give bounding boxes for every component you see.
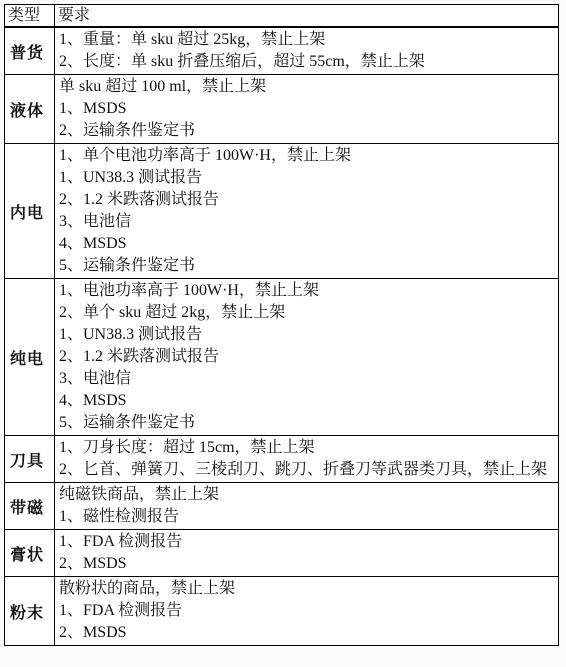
requirements-cell: 1、重量：单 sku 超过 25kg，禁止上架2、长度：单 sku 折叠压缩后，… [55, 27, 559, 75]
requirements-cell: 1、单个电池功率高于 100W·H，禁止上架1、UN38.3 测试报告2、1.2… [55, 144, 559, 279]
requirements-cell: 纯磁铁商品，禁止上架1、磁性检测报告 [55, 483, 559, 530]
type-cell: 纯电 [5, 279, 55, 436]
table-row: 纯电1、电池功率高于 100W·H，禁止上架2、单个 sku 超过 2kg，禁止… [5, 279, 559, 436]
requirement-line: 1、MSDS [59, 98, 554, 120]
requirement-line: 1、FDA 检测报告 [59, 600, 554, 622]
requirement-line: 散粉状的商品，禁止上架 [59, 578, 554, 600]
table-row: 粉末散粉状的商品，禁止上架1、FDA 检测报告2、MSDS [5, 577, 559, 646]
table-row: 膏状1、FDA 检测报告2、MSDS [5, 530, 559, 577]
requirement-line: 2、1.2 米跌落测试报告 [59, 189, 554, 211]
requirement-line: 单 sku 超过 100 ml，禁止上架 [59, 76, 554, 98]
requirement-line: 3、电池信 [59, 211, 554, 233]
requirements-cell: 1、FDA 检测报告2、MSDS [55, 530, 559, 577]
requirement-line: 2、长度：单 sku 折叠压缩后，超过 55cm，禁止上架 [59, 51, 554, 73]
type-cell: 内电 [5, 144, 55, 279]
requirement-line: 2、1.2 米跌落测试报告 [59, 346, 554, 368]
document-page: 类型 要求 普货1、重量：单 sku 超过 25kg，禁止上架2、长度：单 sk… [0, 0, 566, 650]
requirements-table: 类型 要求 普货1、重量：单 sku 超过 25kg，禁止上架2、长度：单 sk… [4, 4, 559, 646]
requirement-line: 2、MSDS [59, 553, 554, 575]
requirement-line: 1、电池功率高于 100W·H，禁止上架 [59, 280, 554, 302]
table-body: 普货1、重量：单 sku 超过 25kg，禁止上架2、长度：单 sku 折叠压缩… [5, 27, 559, 646]
requirement-line: 3、电池信 [59, 368, 554, 390]
requirements-cell: 散粉状的商品，禁止上架1、FDA 检测报告2、MSDS [55, 577, 559, 646]
table-row: 带磁纯磁铁商品，禁止上架1、磁性检测报告 [5, 483, 559, 530]
table-row: 普货1、重量：单 sku 超过 25kg，禁止上架2、长度：单 sku 折叠压缩… [5, 27, 559, 75]
requirement-line: 4、MSDS [59, 390, 554, 412]
type-cell: 普货 [5, 27, 55, 75]
table-row: 液体单 sku 超过 100 ml，禁止上架1、MSDS2、运输条件鉴定书 [5, 75, 559, 144]
requirement-line: 2、单个 sku 超过 2kg，禁止上架 [59, 302, 554, 324]
header-requirement-cell: 要求 [55, 5, 559, 28]
table-row: 刀具1、刀身长度：超过 15cm，禁止上架2、匕首、弹簧刀、三棱刮刀、跳刀、折叠… [5, 436, 559, 483]
requirement-line: 纯磁铁商品，禁止上架 [59, 484, 554, 506]
requirement-line: 1、UN38.3 测试报告 [59, 324, 554, 346]
requirement-line: 1、刀身长度：超过 15cm，禁止上架 [59, 437, 554, 459]
type-cell: 带磁 [5, 483, 55, 530]
type-cell: 液体 [5, 75, 55, 144]
requirement-line: 5、运输条件鉴定书 [59, 255, 554, 277]
requirement-line: 1、单个电池功率高于 100W·H，禁止上架 [59, 145, 554, 167]
header-row: 类型 要求 [5, 5, 559, 28]
requirement-line: 1、UN38.3 测试报告 [59, 167, 554, 189]
requirement-line: 4、MSDS [59, 233, 554, 255]
type-cell: 膏状 [5, 530, 55, 577]
requirements-cell: 1、刀身长度：超过 15cm，禁止上架2、匕首、弹簧刀、三棱刮刀、跳刀、折叠刀等… [55, 436, 559, 483]
requirements-cell: 单 sku 超过 100 ml，禁止上架1、MSDS2、运输条件鉴定书 [55, 75, 559, 144]
requirement-line: 5、运输条件鉴定书 [59, 412, 554, 434]
requirement-line: 2、匕首、弹簧刀、三棱刮刀、跳刀、折叠刀等武器类刀具，禁止上架 [59, 459, 554, 481]
type-cell: 刀具 [5, 436, 55, 483]
requirement-line: 2、MSDS [59, 622, 554, 644]
table-row: 内电1、单个电池功率高于 100W·H，禁止上架1、UN38.3 测试报告2、1… [5, 144, 559, 279]
requirement-line: 1、FDA 检测报告 [59, 531, 554, 553]
header-type-cell: 类型 [5, 5, 55, 28]
requirement-line: 1、磁性检测报告 [59, 506, 554, 528]
requirement-line: 2、运输条件鉴定书 [59, 120, 554, 142]
requirements-cell: 1、电池功率高于 100W·H，禁止上架2、单个 sku 超过 2kg，禁止上架… [55, 279, 559, 436]
type-cell: 粉末 [5, 577, 55, 646]
requirement-line: 1、重量：单 sku 超过 25kg，禁止上架 [59, 29, 554, 51]
